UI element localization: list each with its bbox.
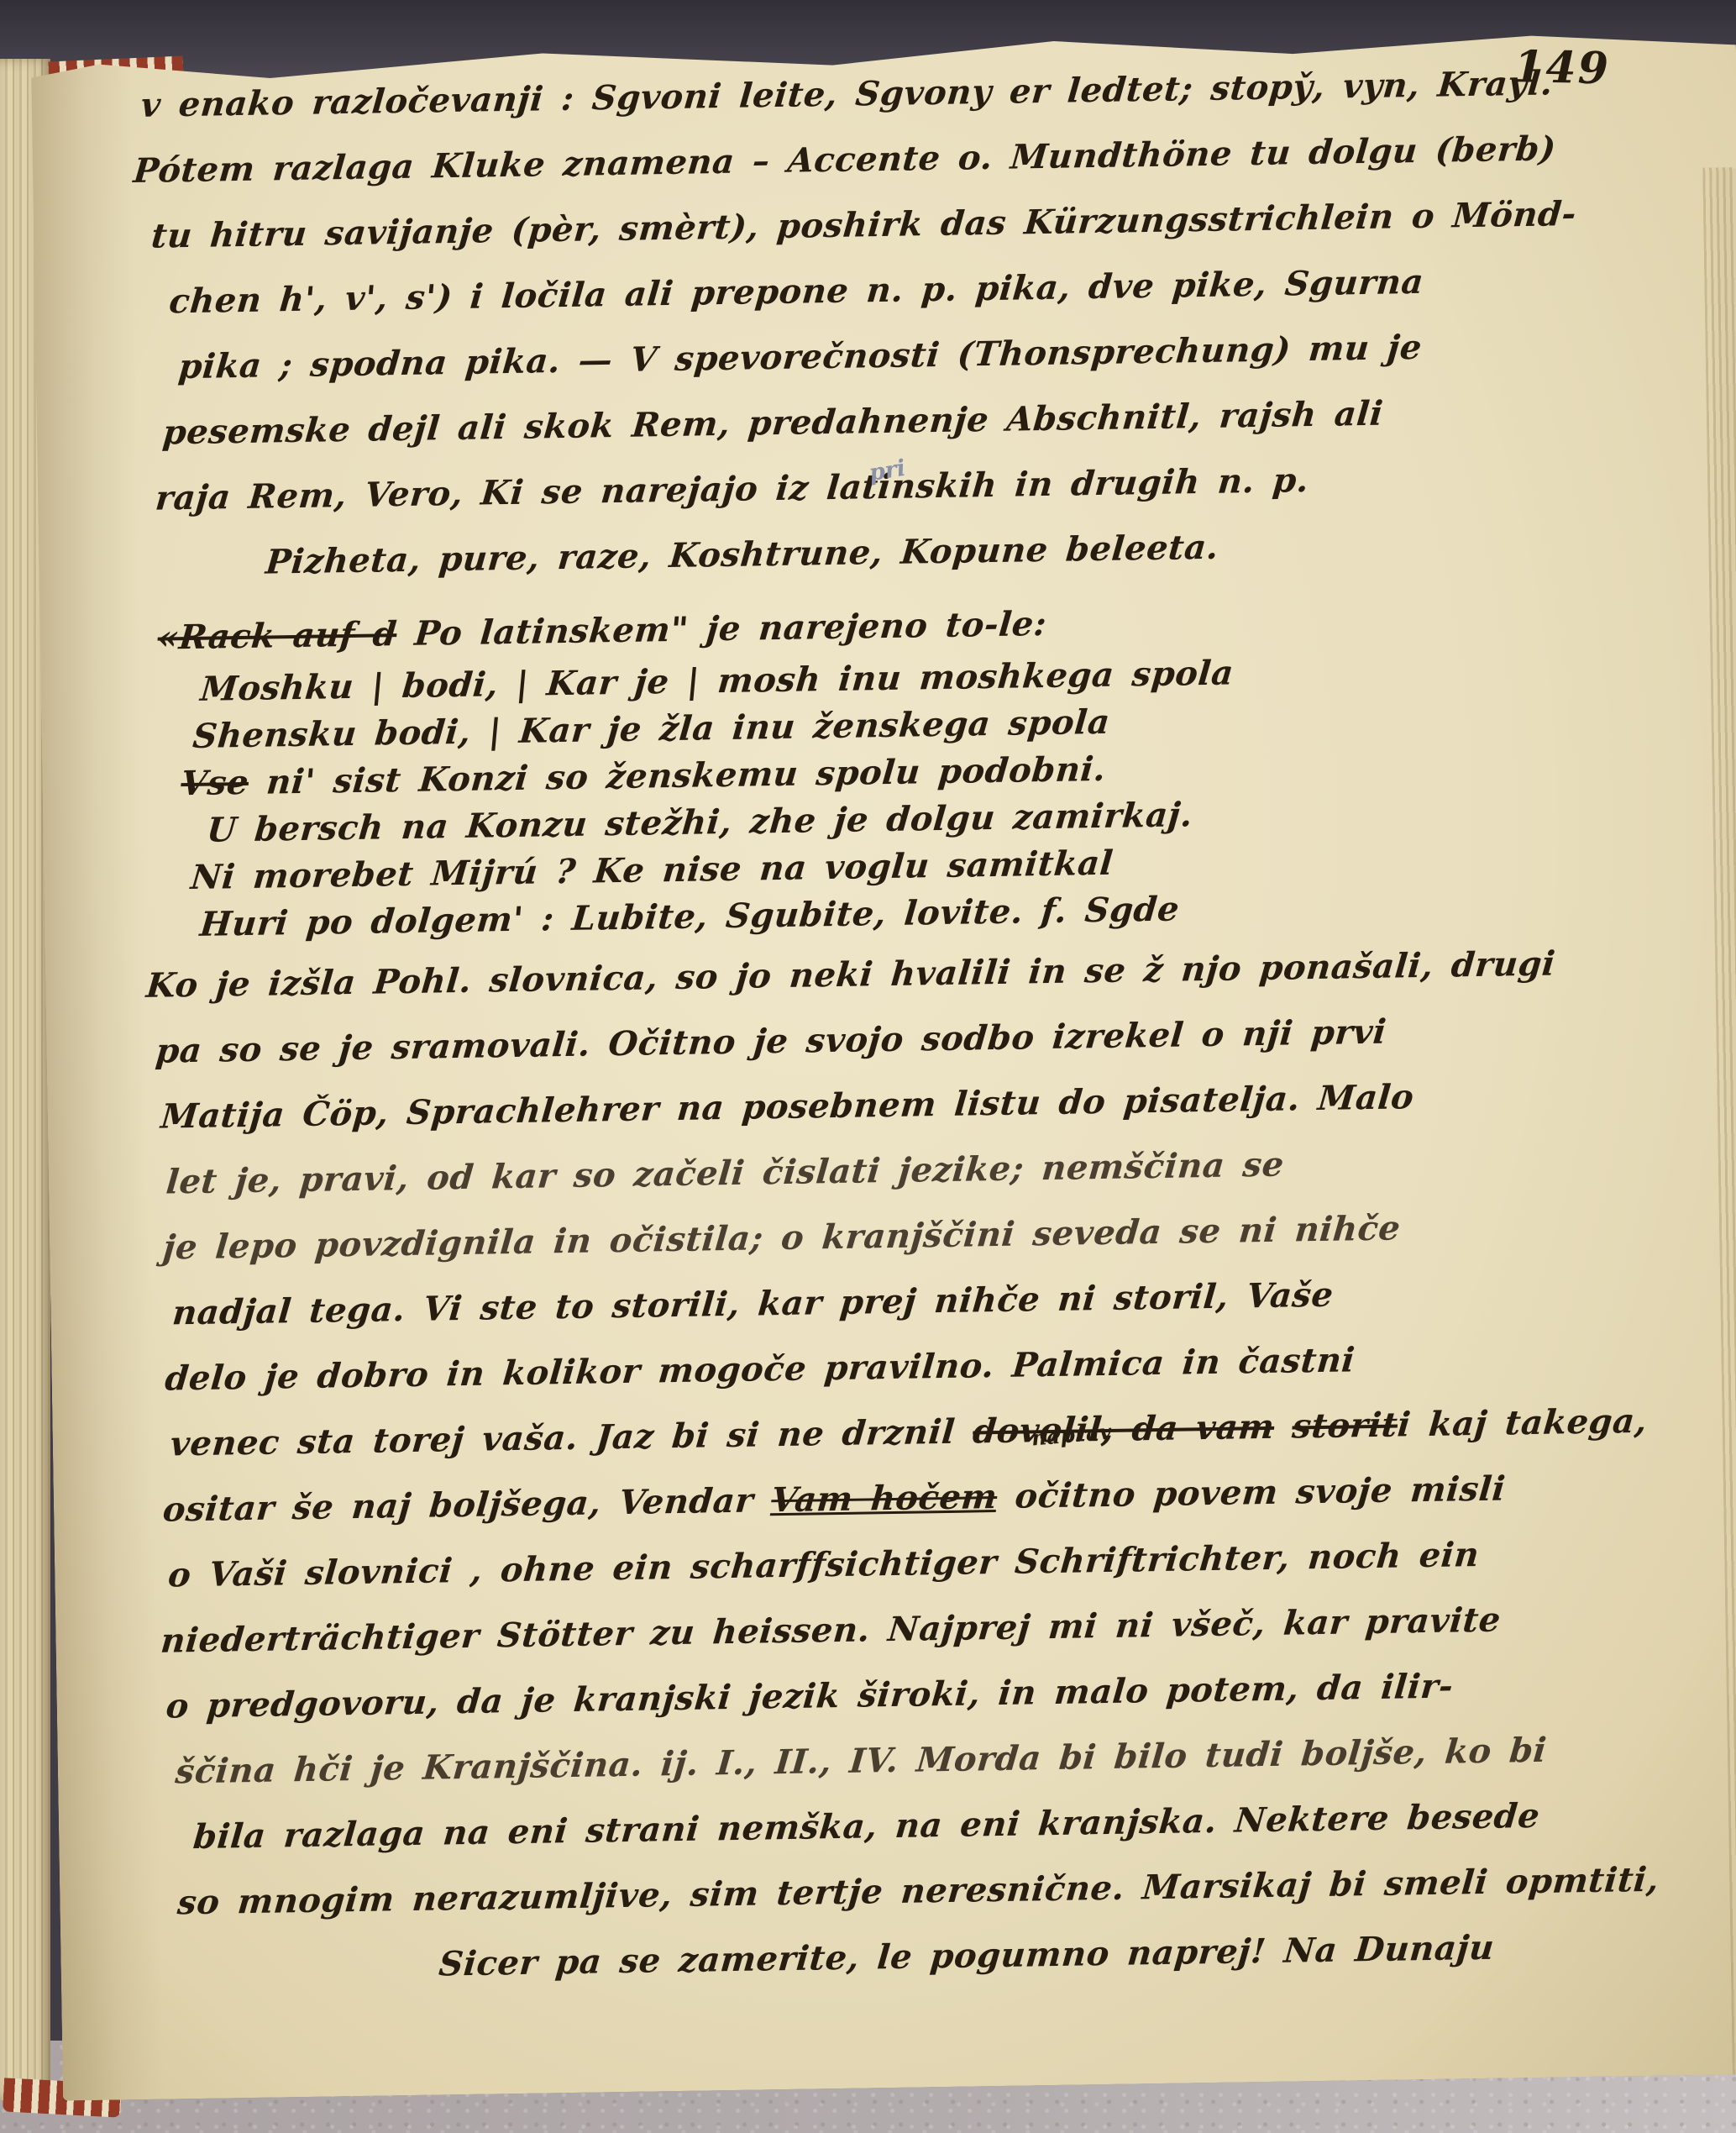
photo-scene: 149 v enako razločevanji : Sgvoni leite,… <box>0 0 1736 2133</box>
line-text: Huri po dolgem' : Lubite, Sgubite, lovit… <box>198 889 1181 943</box>
line-text: Pizheta, pure, raze, Koshtrune, Kopune b… <box>264 528 1220 582</box>
pencil-annotation: pri <box>868 455 908 486</box>
manuscript-line: o predgovoru, da je kranjski jezik širok… <box>165 1664 1736 1724</box>
line-text: pesemske dejl ali skok Rem, predahnenje … <box>161 394 1385 453</box>
line-text: Ko je izšla Pohl. slovnica, so jo neki h… <box>144 943 1557 1005</box>
line-text: ni' sist Konzi so ženskemu spolu podobni… <box>247 749 1108 802</box>
struck-text: dovolil, da vam <box>971 1407 1276 1452</box>
line-text: pika ; spodna pika. — V spevorečnosti (T… <box>177 328 1424 386</box>
manuscript-line: «Rack auf d Po latinskem" je narejeno to… <box>156 596 1722 655</box>
manuscript-line: bila razlaga na eni strani nemška, na en… <box>191 1795 1736 1855</box>
line-text: Po latinskem" je narejeno to-le: <box>395 604 1048 654</box>
line-text: so mnogim nerazumljive, sim tertje neres… <box>176 1860 1660 1923</box>
manuscript-line: so mnogim nerazumljive, sim tertje neres… <box>176 1861 1736 1920</box>
manuscript-line: Pizheta, pure, raze, Koshtrune, Kopune b… <box>264 522 1720 580</box>
struck-text: storit <box>1291 1405 1400 1446</box>
line-text: ositar še naj boljšega, Vendar <box>161 1480 774 1529</box>
manuscript-line: ščina hči je Kranjščina. ij. I., II., IV… <box>174 1730 1736 1789</box>
line-text: pa so se je sramovali. Očitno je svojo s… <box>154 1012 1387 1071</box>
manuscript-line: ositar še naj boljšega, Vendar Vam hočem… <box>161 1468 1735 1527</box>
manuscript-line: Pótem razlaga Kluke znamena – Accente o.… <box>132 129 1714 189</box>
line-text: i kaj takega, <box>1396 1401 1649 1445</box>
line-text: U bersch na Konzu stežhi, zhe je dolgu z… <box>205 795 1194 850</box>
line-text: v enako razločevanji : Sgvoni leite, Sgv… <box>139 63 1555 124</box>
line-text: je lepo povzdignila in očistila; o kranj… <box>161 1208 1402 1267</box>
struck-text: Vam hočem <box>769 1477 999 1520</box>
line-text: o Vaši slovnici , ohne ein scharffsichti… <box>166 1535 1481 1595</box>
line-text: ščina hči je Kranjščina. ij. I., II., IV… <box>174 1731 1549 1792</box>
manuscript-line: tu hitru savijanje (pèr, smèrt), poshirk… <box>149 194 1715 254</box>
manuscript-line: pa so se je sramovali. Očitno je svojo s… <box>155 1009 1728 1069</box>
line-text: Shensku bodi, | Kar je žla inu ženskega … <box>191 702 1112 756</box>
manuscript-line: Sicer pa se zamerite, le pogumno naprej!… <box>438 1926 1736 1982</box>
line-text: let je, pravi, od kar so začeli čislati … <box>165 1145 1286 1202</box>
manuscript-line: nadjal tega. Vi ste to storili, kar prej… <box>171 1271 1733 1331</box>
line-text: Matija Čöp, Sprachlehrer na posebnem lis… <box>160 1077 1416 1137</box>
line-text: Moshku | bodi, | Kar je | mosh inu moshk… <box>199 653 1235 708</box>
manuscript-line: v enako razločevanji : Sgvoni leite, Sgv… <box>139 63 1713 123</box>
manuscript-line: je lepo povzdignila in očistila; o kranj… <box>161 1206 1731 1265</box>
line-text: očitno povem svoje misli <box>995 1468 1507 1516</box>
manuscript-line: Ko je izšla Pohl. slovnica, so jo neki h… <box>144 943 1727 1004</box>
line-text: tu hitru savijanje (pèr, smèrt), poshirk… <box>149 194 1578 256</box>
manuscript-line: delo je dobro in kolikor mogoče pravilno… <box>164 1337 1733 1396</box>
line-text: delo je dobro in kolikor mogoče pravilno… <box>164 1340 1357 1398</box>
manuscript-text: v enako razločevanji : Sgvoni leite, Sgv… <box>132 63 1736 2016</box>
manuscript-line: pika ; spodna pika. — V spevorečnosti (T… <box>177 325 1718 385</box>
line-text: nadjal tega. Vi ste to storili, kar prej… <box>170 1275 1335 1333</box>
line-text: bila razlaga na eni strani nemška, na en… <box>191 1796 1541 1857</box>
manuscript-line: niederträchtiger Stötter zu heissen. Naj… <box>160 1599 1736 1659</box>
line-text: niederträchtiger Stötter zu heissen. Naj… <box>159 1600 1502 1661</box>
manuscript-line: chen h', v', s') i ločila ali prepone n.… <box>168 260 1717 319</box>
manuscript-page: 149 v enako razločevanji : Sgvoni leite,… <box>31 24 1736 2101</box>
manuscript-line: o Vaši slovnici , ohne ein scharffsichti… <box>166 1533 1736 1593</box>
struck-text: «Rack auf d <box>156 614 399 658</box>
manuscript-line: Matija Čöp, Sprachlehrer na posebnem lis… <box>160 1074 1729 1134</box>
line-text: Ni morebet Mijrú ? Ke nise na voglu sami… <box>189 843 1115 897</box>
manuscript-line: venec sta torej vaša. Jaz bi si ne drzni… <box>169 1402 1734 1462</box>
line-text: venec sta torej vaša. Jaz bi si ne drzni… <box>169 1411 975 1463</box>
manuscript-line: raja Rem, Vero, Ki se narejajo iz latins… <box>154 456 1719 516</box>
line-text: raja Rem, Vero, Ki se narejajo iz latins… <box>154 460 1310 518</box>
manuscript-line: pesemske dejl ali skok Rem, predahnenje … <box>161 391 1718 450</box>
line-text: chen h', v', s') i ločila ali prepone n.… <box>167 262 1425 322</box>
manuscript-line: let je, pravi, od kar so začeli čislati … <box>165 1140 1730 1200</box>
line-text: Sicer pa se zamerite, le pogumno naprej!… <box>438 1928 1497 1984</box>
struck-text: Vse <box>179 763 250 803</box>
line-text: Pótem razlaga Kluke znamena – Accente o.… <box>132 129 1558 191</box>
line-text: o predgovoru, da je kranjski jezik širok… <box>165 1666 1455 1726</box>
